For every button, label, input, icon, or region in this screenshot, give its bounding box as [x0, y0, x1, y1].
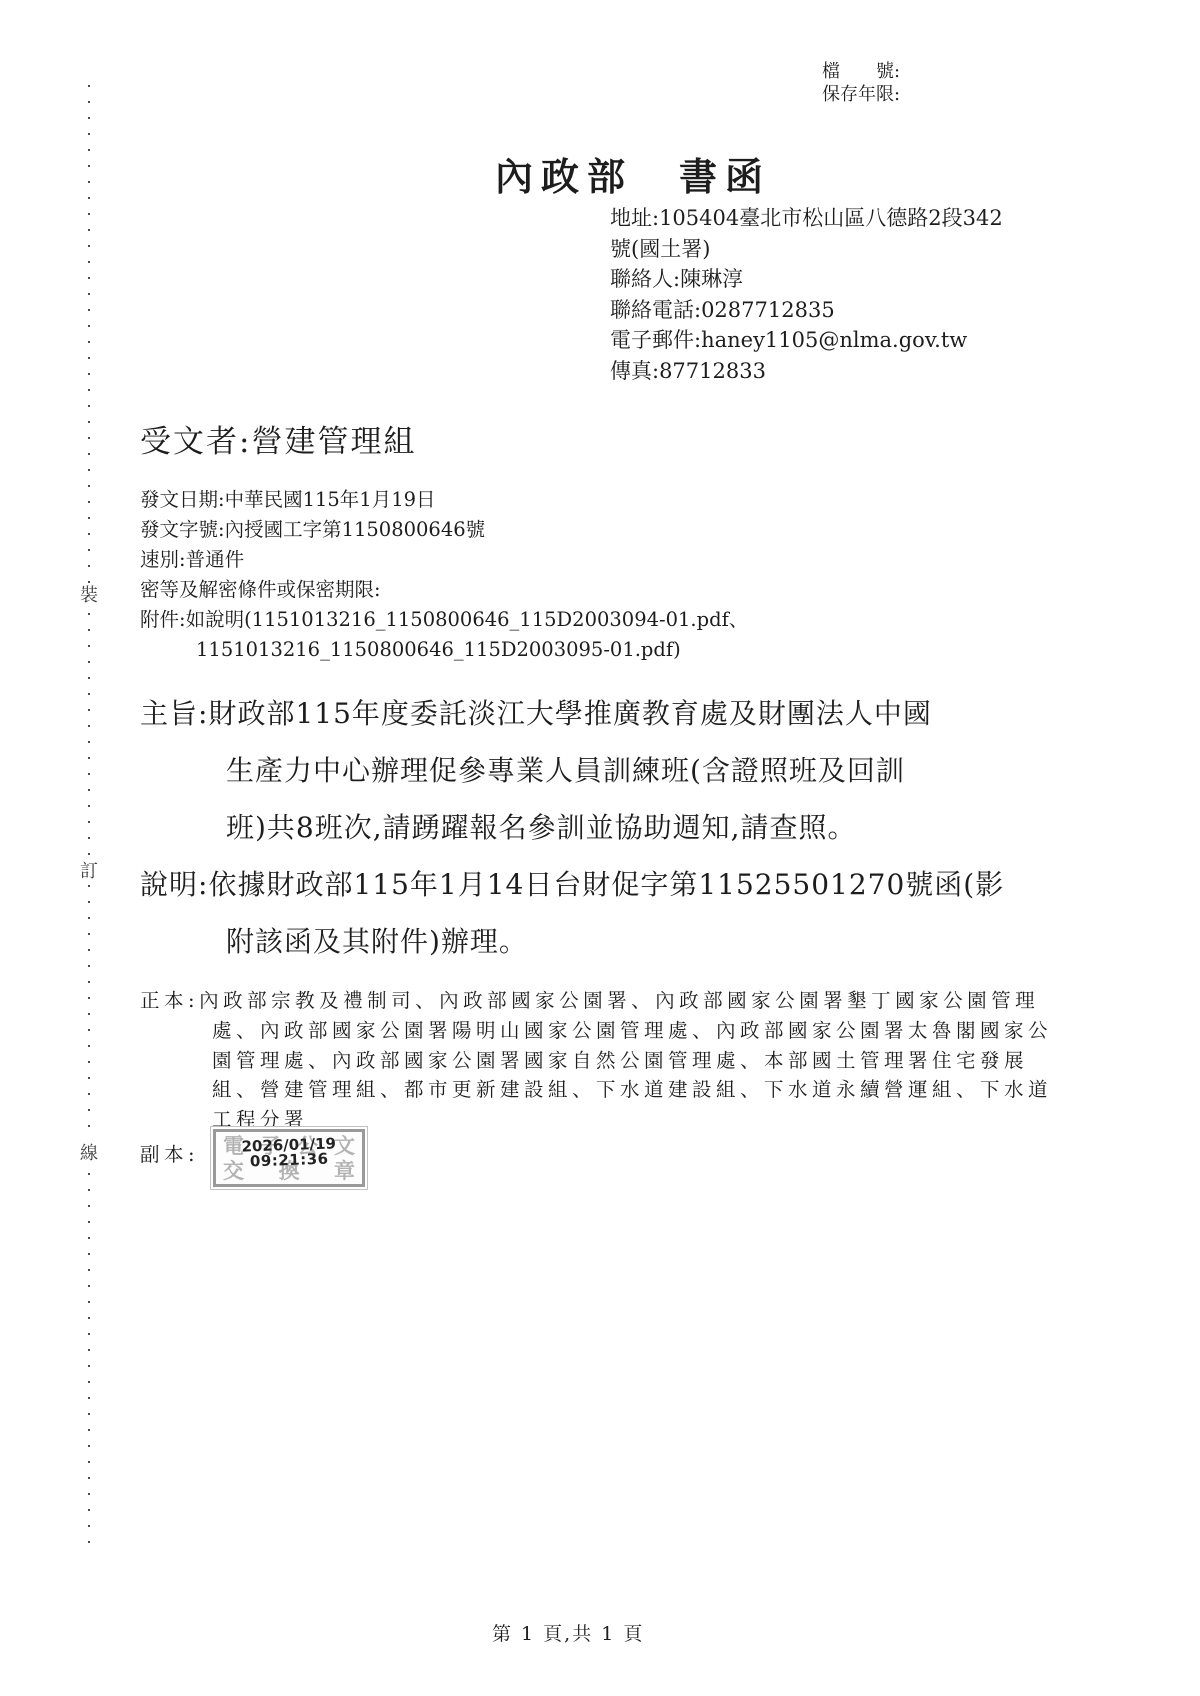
official-letter-page: 裝 訂 線 檔 號: 保存年限: 內政部 書函 地址:105404臺北市松山區八…: [0, 0, 1200, 1696]
explanation-text-1: 依據財政部115年1月14日台財促字第11525501270號函(影: [208, 868, 1004, 901]
stamp-datetime-overlay: 2026/01/19 09:21:36: [216, 1136, 363, 1169]
sender-address-line2: 號(國土署): [610, 234, 1003, 265]
attachment-line-2: 1151013216_1150800646_115D2003095-01.pdf…: [196, 638, 681, 661]
subject-line-1: 主旨:財政部115年度委託淡江大學推廣教育處及財團法人中國: [140, 692, 932, 732]
retention-period-label: 保存年限:: [822, 83, 900, 106]
binding-label-xian: 線: [74, 1141, 104, 1167]
sender-phone: 聯絡電話:0287712835: [610, 295, 1003, 326]
sender-info-block: 地址:105404臺北市松山區八德路2段342 號(國土署) 聯絡人:陳琳淳 聯…: [610, 203, 1003, 386]
file-header-block: 檔 號: 保存年限:: [822, 60, 900, 106]
issue-date-line: 發文日期:中華民國115年1月19日: [140, 484, 436, 512]
sender-fax: 傳真:87712833: [610, 356, 1003, 387]
recipient-value: 營建管理組: [251, 424, 416, 460]
original-copy-line-3: 園管理處、內政部國家公園署國家自然公園管理處、本部國土管理署住宅發展: [212, 1045, 1028, 1073]
issue-number-line: 發文字號:內授國工字第1150800646號: [140, 514, 485, 542]
electronic-document-exchange-stamp: 電 子 公 文 交 換 章 2026/01/19 09:21:36: [213, 1129, 365, 1187]
explanation-label: 說明:: [140, 868, 208, 901]
stamp-time: 09:21:36: [250, 1153, 329, 1169]
original-copy-text-1: 內政部宗教及禮制司、內政部國家公園署、內政部國家公園署墾丁國家公園管理: [199, 989, 1039, 1012]
recipient-label: 受文者:: [140, 424, 251, 460]
original-copy-line-5: 工程分署: [212, 1104, 308, 1132]
sender-email: 電子郵件:haney1105@nlma.gov.tw: [610, 325, 1003, 356]
explanation-line-1: 說明:依據財政部115年1月14日台財促字第11525501270號函(影: [140, 863, 1004, 903]
original-copy-line-2: 處、內政部國家公園署陽明山國家公園管理處、內政部國家公園署太魯閣國家公: [212, 1015, 1052, 1043]
binding-label-zhuang: 裝: [74, 583, 104, 609]
subject-label: 主旨:: [140, 697, 208, 730]
security-class-line: 密等及解密條件或保密期限:: [140, 574, 381, 602]
original-copy-line-1: 正本:內政部宗教及禮制司、內政部國家公園署、內政部國家公園署墾丁國家公園管理: [140, 985, 1039, 1013]
subject-line-3: 班)共8班次,請踴躍報名參訓並協助週知,請查照。: [226, 806, 857, 846]
recipient-line: 受文者:營建管理組: [140, 416, 416, 461]
sender-address-line1: 地址:105404臺北市松山區八德路2段342: [610, 203, 1003, 234]
carbon-copy-line: 副本:: [140, 1139, 199, 1167]
carbon-copy-label: 副本:: [140, 1143, 199, 1166]
subject-text-1: 財政部115年度委託淡江大學推廣教育處及財團法人中國: [208, 697, 931, 730]
explanation-line-2: 附該函及其附件)辦理。: [226, 920, 528, 960]
original-copy-label: 正本:: [140, 989, 199, 1012]
document-title: 內政部 書函: [495, 146, 771, 201]
subject-line-2: 生產力中心辦理促參專業人員訓練班(含證照班及回訓: [226, 749, 905, 789]
binding-label-ding: 訂: [74, 859, 104, 885]
file-number-label: 檔 號:: [822, 60, 900, 83]
original-copy-line-4: 組、營建管理組、都市更新建設組、下水道建設組、下水道永續營運組、下水道: [212, 1074, 1052, 1102]
speed-class-line: 速別:普通件: [140, 544, 244, 572]
binding-dotted-line: [88, 85, 90, 1543]
page-number-footer: 第 1 頁,共 1 頁: [492, 1619, 644, 1646]
attachment-line-1: 附件:如說明(1151013216_1150800646_115D2003094…: [140, 604, 748, 632]
sender-contact-person: 聯絡人:陳琳淳: [610, 264, 1003, 295]
